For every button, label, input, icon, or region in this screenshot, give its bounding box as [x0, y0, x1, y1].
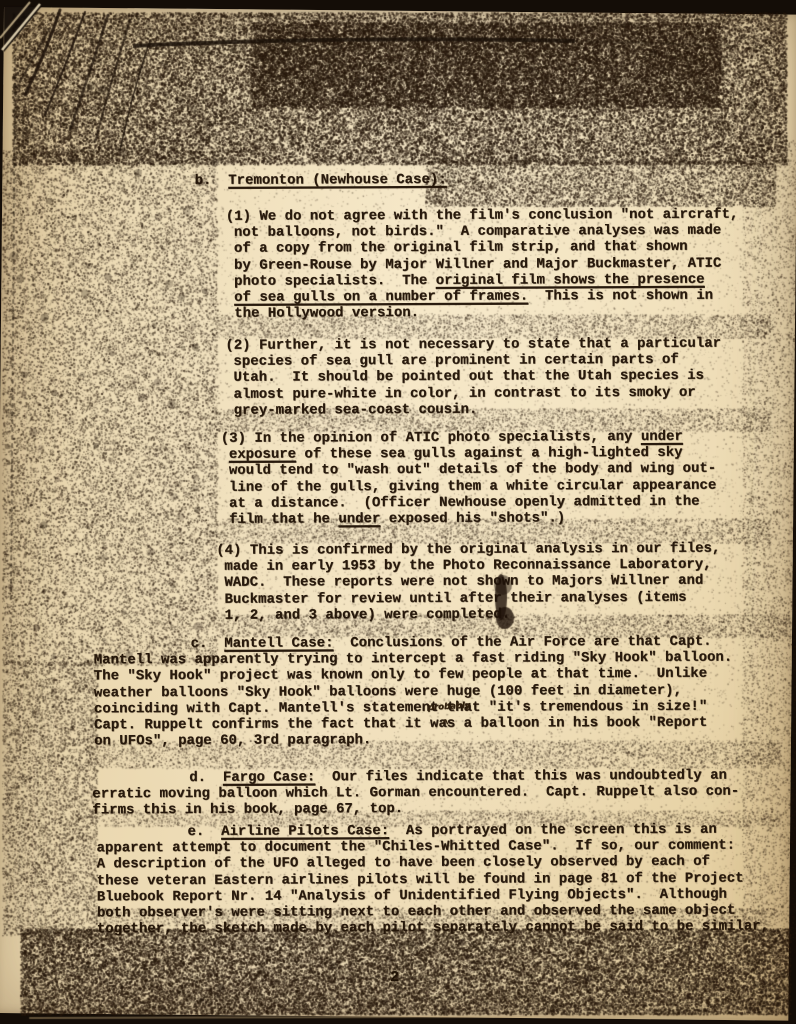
text-segment: together, the sketch made by each pilot …	[97, 919, 769, 938]
underlined-text: under	[338, 511, 380, 527]
underlined-text: Mantell Case:	[224, 635, 333, 651]
text-segment: This is not shown in	[528, 288, 713, 305]
text-segment: WADC. These reports were not shown to Ma…	[224, 573, 703, 591]
underlined-text: under	[641, 429, 683, 445]
text-line: b. Tremonton (Newhouse Case):	[195, 172, 447, 189]
text-segment: photo specialists. The	[234, 273, 436, 290]
text-segment: Capt. Ruppelt confirms the fact that it …	[94, 715, 707, 734]
text-segment: b.	[195, 173, 229, 189]
text-segment: c.	[191, 636, 225, 652]
underlined-text: Fargo Case:	[223, 769, 315, 785]
text-line: together, the sketch made by each pilot …	[97, 919, 769, 938]
text-segment: Buckmaster for review until after their …	[224, 589, 686, 607]
text-line: Buckmaster for review until after their …	[224, 589, 720, 607]
section-heading-tremonton: b. Tremonton (Newhouse Case):	[195, 172, 447, 189]
text-segment: of these sea gulls against a high-lighte…	[296, 445, 683, 463]
text-line: almost pure-white in color, in contrast …	[234, 384, 722, 402]
underlined-text: Airline Pilots Case:	[221, 823, 389, 840]
page-number: 2	[390, 969, 399, 986]
text-segment: (3) In the opinion of ATIC photo special…	[221, 429, 641, 447]
text-segment: Utah. It should be pointed out that the …	[233, 368, 704, 386]
text-segment: Conclusions of the Air Force are that Ca…	[333, 634, 711, 652]
text-segment: grey-marked sea-coast cousin.	[234, 401, 478, 418]
text-line: of sea gulls on a number of frames. This…	[234, 287, 739, 305]
text-segment: by Green-Rouse by Major Willner and Majo…	[234, 255, 721, 273]
underlined-text: exposure	[229, 447, 296, 463]
text-segment: As portrayed on the screen this is an	[389, 822, 717, 839]
text-line: at a distance. (Officer Newhouse openly …	[229, 493, 716, 511]
numbered-item-4: (4) This is confirmed by the original an…	[216, 541, 720, 624]
text-segment: would tend to "wash out" details of the …	[229, 461, 716, 479]
text-segment: at a distance. (Officer Newhouse openly …	[229, 493, 700, 511]
text-segment: the Hollywood version.	[234, 305, 419, 322]
text-segment: 1, 2, and 3 above) were completed.	[224, 606, 510, 623]
text-line: 1, 2, and 3 above) were completed.	[224, 605, 720, 623]
numbered-item-1: (1) We do not agree with the film's conc…	[226, 207, 739, 323]
text-segment: exposed his "shots".)	[380, 510, 565, 527]
text-line: the Hollywood version.	[234, 304, 739, 322]
text-segment: line of the gulls, giving them a white c…	[229, 477, 716, 495]
underlined-text: Tremonton (Newhouse Case):	[228, 172, 447, 189]
text-segment: erratic moving balloon which Lt. Gorman …	[92, 784, 739, 803]
typewritten-text-layer: b. Tremonton (Newhouse Case): (1) We do …	[0, 0, 796, 1024]
text-line: grey-marked sea-coast cousin.	[234, 400, 722, 418]
numbered-item-2: (2) Further, it is not necessary to stat…	[225, 336, 721, 419]
text-line: on UFOs", page 60, 3rd paragraph.	[94, 731, 733, 750]
underlined-text: of sea gulls on a number of frames.	[234, 288, 528, 305]
underlined-text: original film shows the presence	[436, 271, 705, 288]
text-line: firms this in his book, page 67, top.	[92, 800, 739, 819]
numbered-item-3: (3) In the opinion of ATIC photo special…	[221, 429, 717, 528]
text-line: film that he under exposed his "shots".)	[229, 510, 716, 528]
text-segment: Our files indicate that this was undoubt…	[315, 768, 727, 786]
text-line: erratic moving balloon which Lt. Gorman …	[92, 784, 739, 803]
paragraph-mantell-case: c. Mantell Case: Conclusions of the Air …	[94, 634, 733, 750]
paragraph-airline-pilots-case: e. Airline Pilots Case: As portrayed on …	[96, 821, 769, 937]
insert-caret-mark: ^	[442, 719, 449, 731]
text-segment: film that he	[229, 511, 338, 527]
text-segment: e.	[187, 824, 221, 840]
text-segment: almost pure-white in color, in contrast …	[234, 384, 696, 402]
text-segment: on UFOs", page 60, 3rd paragraph.	[94, 732, 371, 749]
paragraph-fargo-case: d. Fargo Case: Our files indicate that t…	[92, 768, 739, 819]
text-segment: of a copy from the original film strip, …	[234, 239, 688, 257]
text-line: Capt. Ruppelt confirms the fact that it …	[94, 714, 733, 733]
text-segment: d.	[189, 770, 223, 786]
text-segment: firms this in his book, page 67, top.	[92, 801, 403, 818]
scanned-document-photo: b. Tremonton (Newhouse Case): (1) We do …	[0, 0, 796, 1024]
